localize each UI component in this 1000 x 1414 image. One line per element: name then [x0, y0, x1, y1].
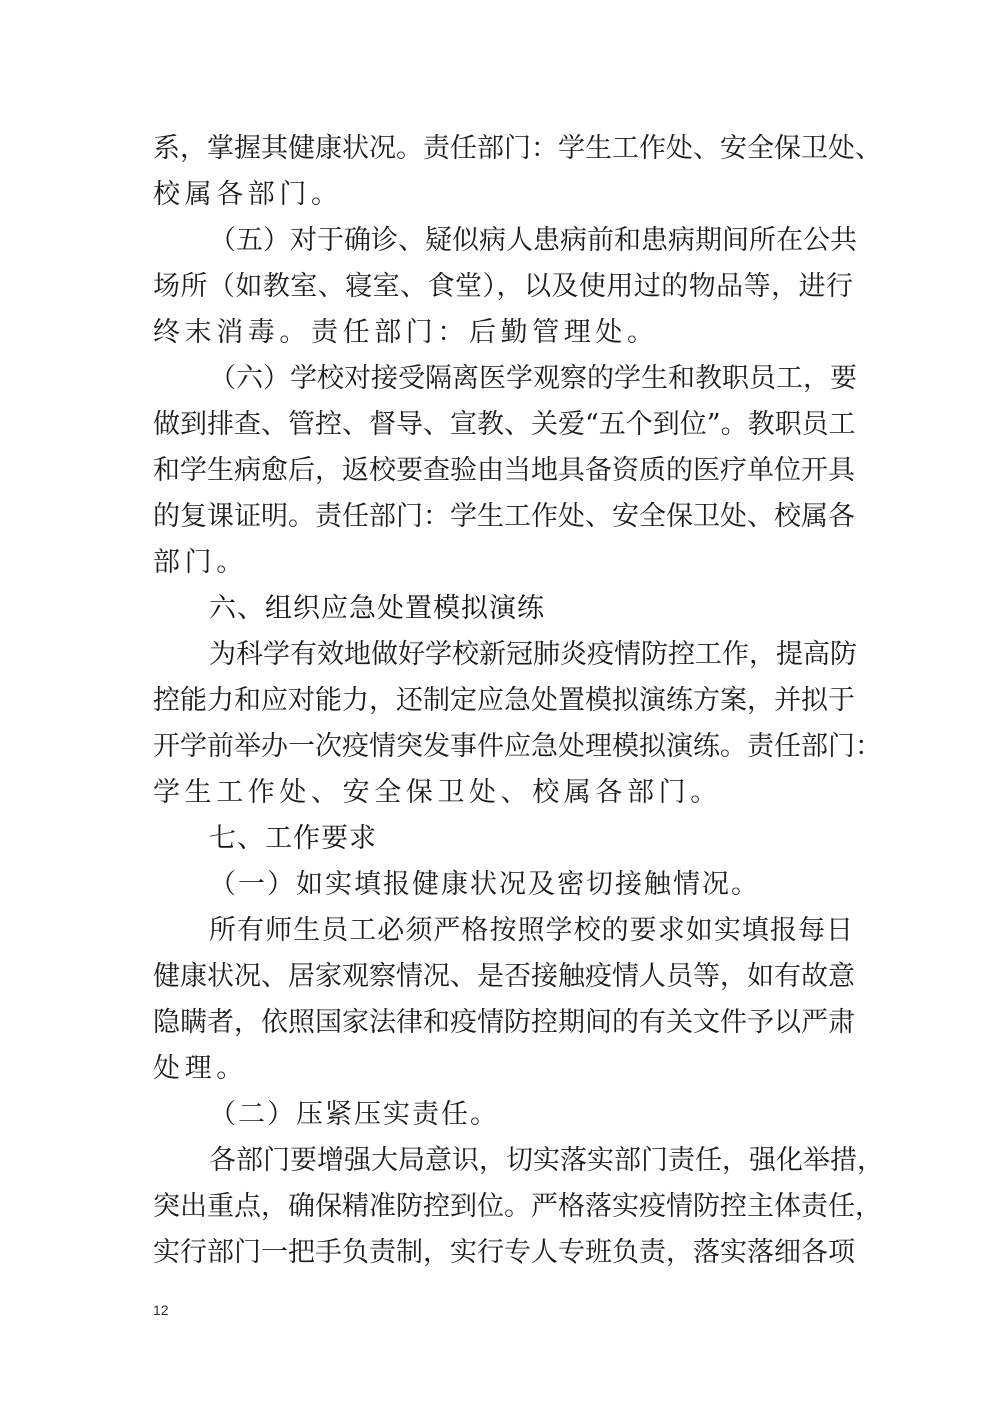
- text-line: 场所（如教室、寝室、食堂），以及使用过的物品等，进行: [153, 264, 853, 310]
- text-line: （五）对于确诊、疑似病人患病前和患病期间所在公共: [153, 218, 853, 264]
- text-line: 做到排查、管控、督导、宣教、关爱“五个到位”。教职员工: [153, 402, 853, 448]
- section-heading: 六、组织应急处置模拟演练: [153, 586, 853, 632]
- text-line: 控能力和应对能力，还制定应急处置模拟演练方案，并拟于: [153, 678, 853, 724]
- subsection-heading: （二）压紧压实责任。: [153, 1092, 853, 1138]
- text-line: 所有师生员工必须严格按照学校的要求如实填报每日: [153, 908, 853, 954]
- page-body: 系，掌握其健康状况。责任部门：学生工作处、安全保卫处、 校属各部门。 （五）对于…: [153, 126, 853, 1276]
- text-line: （六）学校对接受隔离医学观察的学生和教职员工，要: [153, 356, 853, 402]
- text-line: 校属各部门。: [153, 172, 853, 218]
- text-line: 的复课证明。责任部门：学生工作处、安全保卫处、校属各: [153, 494, 853, 540]
- text-line: 实行部门一把手负责制，实行专人专班负责，落实落细各项: [153, 1230, 853, 1276]
- text-line: 健康状况、居家观察情况、是否接触疫情人员等，如有故意: [153, 954, 853, 1000]
- text-line: 终末消毒。责任部门：后勤管理处。: [153, 310, 853, 356]
- text-line: 开学前举办一次疫情突发事件应急处理模拟演练。责任部门：: [153, 724, 853, 770]
- text-line: 处理。: [153, 1046, 853, 1092]
- subsection-heading: （一）如实填报健康状况及密切接触情况。: [153, 862, 853, 908]
- page-number: 12: [153, 1302, 169, 1318]
- section-heading: 七、工作要求: [153, 816, 853, 862]
- document-page: 系，掌握其健康状况。责任部门：学生工作处、安全保卫处、 校属各部门。 （五）对于…: [0, 0, 1000, 1414]
- text-line: 隐瞒者，依照国家法律和疫情防控期间的有关文件予以严肃: [153, 1000, 853, 1046]
- text-line: 各部门要增强大局意识，切实落实部门责任，强化举措，: [153, 1138, 853, 1184]
- text-line: 突出重点，确保精准防控到位。严格落实疫情防控主体责任，: [153, 1184, 853, 1230]
- text-line: 和学生病愈后，返校要查验由当地具备资质的医疗单位开具: [153, 448, 853, 494]
- text-line: 为科学有效地做好学校新冠肺炎疫情防控工作，提高防: [153, 632, 853, 678]
- text-line: 学生工作处、安全保卫处、校属各部门。: [153, 770, 853, 816]
- text-line: 系，掌握其健康状况。责任部门：学生工作处、安全保卫处、: [153, 126, 853, 172]
- text-line: 部门。: [153, 540, 853, 586]
